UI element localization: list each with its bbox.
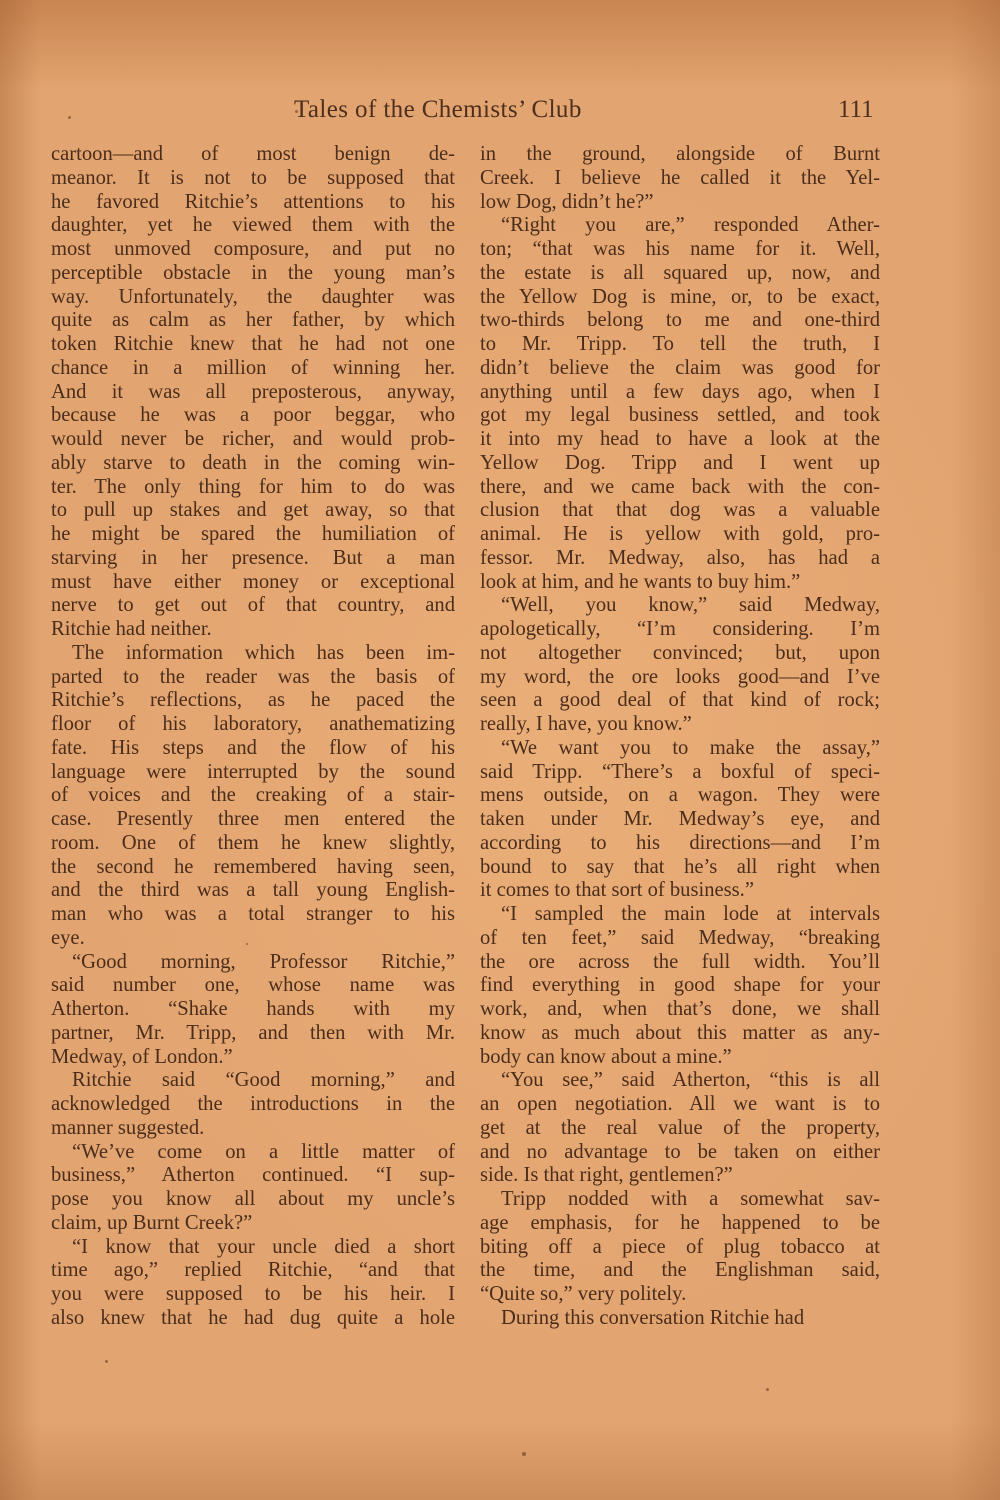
text-line: Medway, of London.” [51, 1046, 455, 1070]
text-line: the Yellow Dog is mine, or, to be exact, [480, 286, 880, 310]
text-line: seen a good deal of that kind of rock; [480, 689, 880, 713]
text-line: biting off a piece of plug tobacco at [480, 1236, 880, 1260]
text-line: floor of his laboratory, anathematizing [51, 713, 455, 737]
text-line: anything until a few days ago, when I [480, 381, 880, 405]
text-line: Yellow Dog. Tripp and I went up [480, 452, 880, 476]
text-line: animal. He is yellow with gold, pro- [480, 523, 880, 547]
text-line: of ten feet,” said Medway, “breaking [480, 927, 880, 951]
paper-speck [246, 943, 248, 945]
text-line: really, I have, you know.” [480, 713, 880, 737]
paper-speck [766, 1388, 769, 1391]
text-line: The information which has been im- [51, 642, 455, 666]
text-line: room. One of them he knew slightly, [51, 832, 455, 856]
text-line: fessor. Mr. Medway, also, has had a [480, 547, 880, 571]
text-line: clusion that that dog was a valuable [480, 499, 880, 523]
text-column-right: in the ground, alongside of BurntCreek. … [480, 143, 880, 1331]
text-line: my word, the ore looks good—and I’ve [480, 666, 880, 690]
text-line: look at him, and he wants to buy him.” [480, 571, 880, 595]
text-column-left: cartoon—and of most benign de-meanor. It… [51, 143, 455, 1331]
text-line: way. Unfortunately, the daughter was [51, 286, 455, 310]
text-line: During this conversation Ritchie had [480, 1307, 880, 1331]
text-line: age emphasis, for he happened to be [480, 1212, 880, 1236]
text-line: the time, and the Englishman said, [480, 1259, 880, 1283]
text-line: language were interrupted by the sound [51, 761, 455, 785]
text-line: Creek. I believe he called it the Yel- [480, 167, 880, 191]
text-line: parted to the reader was the basis of [51, 666, 455, 690]
text-line: said Tripp. “There’s a boxful of speci- [480, 761, 880, 785]
text-line: work, and, when that’s done, we shall [480, 998, 880, 1022]
text-line: “You see,” said Atherton, “this is all [480, 1069, 880, 1093]
text-line: quite as calm as her father, by which [51, 309, 455, 333]
text-line: side. Is that right, gentlemen?” [480, 1164, 880, 1188]
text-line: taken under Mr. Medway’s eye, and [480, 808, 880, 832]
text-line: most unmoved composure, and put no [51, 238, 455, 262]
text-line: you were supposed to be his heir. I [51, 1283, 455, 1307]
text-line: “I sampled the main lode at intervals [480, 903, 880, 927]
text-line: “We want you to make the assay,” [480, 737, 880, 761]
text-line: it into my head to have a look at the [480, 428, 880, 452]
text-line: Ritchie had neither. [51, 618, 455, 642]
text-line: also knew that he had dug quite a hole [51, 1307, 455, 1331]
text-line: daughter, yet he viewed them with the [51, 214, 455, 238]
text-line: “Quite so,” very politely. [480, 1283, 880, 1307]
paper-speck [295, 110, 298, 113]
text-line: because he was a poor beggar, who [51, 404, 455, 428]
text-line: two-thirds belong to me and one-third [480, 309, 880, 333]
text-line: time ago,” replied Ritchie, “and that [51, 1259, 455, 1283]
text-line: in the ground, alongside of Burnt [480, 143, 880, 167]
text-line: chance in a million of winning her. [51, 357, 455, 381]
text-line: and the third was a tall young English- [51, 879, 455, 903]
running-title: Tales of the Chemists’ Club [294, 96, 582, 124]
text-line: the estate is all squared up, now, and [480, 262, 880, 286]
text-line: the second he remembered having seen, [51, 856, 455, 880]
text-line: nerve to get out of that country, and [51, 594, 455, 618]
text-line: “I know that your uncle died a short [51, 1236, 455, 1260]
page-number: 111 [838, 96, 874, 124]
text-line: didn’t believe the claim was good for [480, 357, 880, 381]
text-line: claim, up Burnt Creek?” [51, 1212, 455, 1236]
text-line: man who was a total stranger to his [51, 903, 455, 927]
text-line: “We’ve come on a little matter of [51, 1141, 455, 1165]
text-line: ter. The only thing for him to do was [51, 476, 455, 500]
text-line: Ritchie said “Good morning,” and [51, 1069, 455, 1093]
text-line: to pull up stakes and get away, so that [51, 499, 455, 523]
text-line: would never be richer, and would prob- [51, 428, 455, 452]
text-line: manner suggested. [51, 1117, 455, 1141]
text-line: bound to say that he’s all right when [480, 856, 880, 880]
text-line: apologetically, “I’m considering. I’m [480, 618, 880, 642]
book-page: Tales of the Chemists’ Club 111 cartoon—… [0, 0, 1000, 1500]
text-line: get at the real value of the property, [480, 1117, 880, 1141]
text-line: token Ritchie knew that he had not one [51, 333, 455, 357]
text-line: case. Presently three men entered the [51, 808, 455, 832]
text-line: not altogether convinced; but, upon [480, 642, 880, 666]
paper-speck [105, 1360, 108, 1363]
text-line: he might be spared the humiliation of [51, 523, 455, 547]
text-line: ably starve to death in the coming win- [51, 452, 455, 476]
text-line: cartoon—and of most benign de- [51, 143, 455, 167]
text-line: said number one, whose name was [51, 974, 455, 998]
text-line: must have either money or exceptional [51, 571, 455, 595]
text-line: he favored Ritchie’s attentions to his [51, 191, 455, 215]
text-line: Ritchie’s reflections, as he paced the [51, 689, 455, 713]
text-line: an open negotiation. All we want is to [480, 1093, 880, 1117]
text-line: low Dog, didn’t he?” [480, 191, 880, 215]
running-head: Tales of the Chemists’ Club 111 [0, 96, 1000, 130]
text-line: to Mr. Tripp. To tell the truth, I [480, 333, 880, 357]
text-line: business,” Atherton continued. “I sup- [51, 1164, 455, 1188]
text-line: body can know about a mine.” [480, 1046, 880, 1070]
text-line: starving in her presence. But a man [51, 547, 455, 571]
text-line: of voices and the creaking of a stair- [51, 784, 455, 808]
text-line: “Good morning, Professor Ritchie,” [51, 951, 455, 975]
text-line: there, and we came back with the con- [480, 476, 880, 500]
text-line: perceptible obstacle in the young man’s [51, 262, 455, 286]
text-line: ton; “that was his name for it. Well, [480, 238, 880, 262]
paper-speck [68, 116, 71, 119]
text-line: Tripp nodded with a somewhat sav- [480, 1188, 880, 1212]
text-line: got my legal business settled, and took [480, 404, 880, 428]
text-line: and no advantage to be taken on either [480, 1141, 880, 1165]
text-line: fate. His steps and the flow of his [51, 737, 455, 761]
text-line: “Right you are,” responded Ather- [480, 214, 880, 238]
text-line: partner, Mr. Tripp, and then with Mr. [51, 1022, 455, 1046]
text-line: the ore across the full width. You’ll [480, 951, 880, 975]
text-line: know as much about this matter as any- [480, 1022, 880, 1046]
paper-speck [522, 1452, 526, 1456]
text-line: according to his directions—and I’m [480, 832, 880, 856]
text-line: acknowledged the introductions in the [51, 1093, 455, 1117]
text-line: meanor. It is not to be supposed that [51, 167, 455, 191]
text-line: pose you know all about my uncle’s [51, 1188, 455, 1212]
text-line: find everything in good shape for your [480, 974, 880, 998]
text-line: mens outside, on a wagon. They were [480, 784, 880, 808]
text-line: “Well, you know,” said Medway, [480, 594, 880, 618]
text-line: Atherton. “Shake hands with my [51, 998, 455, 1022]
text-line: And it was all preposterous, anyway, [51, 381, 455, 405]
text-line: it comes to that sort of business.” [480, 879, 880, 903]
text-line: eye. [51, 927, 455, 951]
